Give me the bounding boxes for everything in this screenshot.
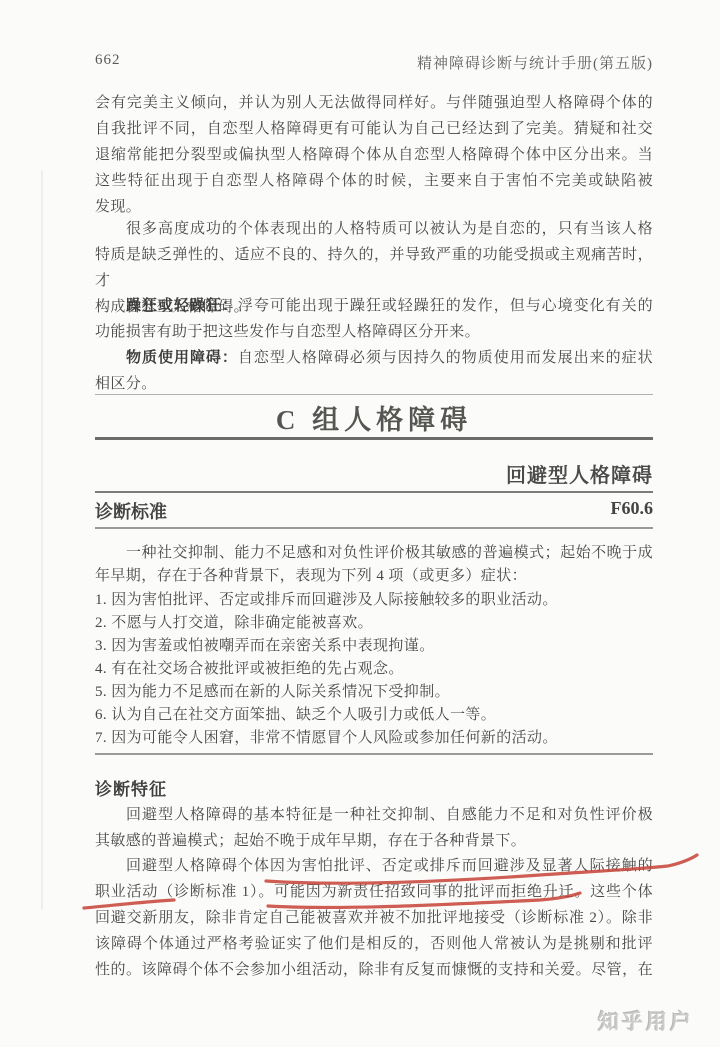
text-line: 2. 不愿与人打交道，除非确定能被喜欢。 <box>95 612 653 635</box>
substance-lead-label: 物质使用障碍： <box>126 350 238 366</box>
paragraph-perfectionism: 会有完美主义倾向，并认为别人无法做得同样好。与伴随强迫型人格障碍个体的自我批评不… <box>95 90 653 220</box>
text-line: 特质是缺乏弹性的、适应不良的、持久的，并导致严重的功能受损或主观痛苦时，才 <box>95 242 653 294</box>
rule-below-avoidant-title <box>95 491 653 493</box>
text-line: 该障碍个体通过严格考验证实了他们是相反的，否则他人常被认为是挑剔和批评 <box>95 931 653 957</box>
text-line: 会有完美主义倾向，并认为别人无法做得同样好。与伴随强迫型人格障碍个体的 <box>95 90 653 116</box>
scan-edge-artifact <box>41 170 43 910</box>
criteria-items-list: 1. 因为害怕批评、否定或排斥而回避涉及人际接触较多的职业活动。2. 不愿与人打… <box>95 589 653 750</box>
rule-end-of-criteria <box>95 753 653 755</box>
rule-below-cluster-heading <box>95 437 653 440</box>
diagnostic-features-heading: 诊断特征 <box>95 775 653 800</box>
page-header: 662 精神障碍诊断与统计手册(第五版) <box>95 52 653 73</box>
paragraph-mania-line1: 躁狂或轻躁狂：浮夸可能出现于躁狂或轻躁狂的发作，但与心境变化有关的 <box>95 293 653 319</box>
text-line: 退缩常能把分裂型或偏执型人格障碍个体从自恋型人格障碍个体中区分出来。当 <box>95 142 653 168</box>
text-line: 回避型人格障碍个体因为害怕批评、否定或排斥而回避涉及显著人际接触的 <box>95 853 653 879</box>
zhihu-user-watermark: 知乎用户 <box>598 1006 694 1036</box>
text-line: 自我批评不同，自恋型人格障碍更有可能认为自己已经达到了完美。猜疑和社交 <box>95 116 653 142</box>
text-line: 回避型人格障碍的基本特征是一种社交抑制、自感能力不足和对负性评价极 <box>95 802 653 828</box>
cluster-c-heading: C 组人格障碍 <box>95 398 653 437</box>
diagnostic-features-para1: 回避型人格障碍的基本特征是一种社交抑制、自感能力不足和对负性评价极其敏感的普遍模… <box>95 802 653 854</box>
text-line: 4. 有在社交场合被批评或被拒绝的先占观念。 <box>95 658 653 681</box>
scanned-book-page: 662 精神障碍诊断与统计手册(第五版) 会有完美主义倾向，并认为别人无法做得同… <box>0 0 720 1047</box>
text-line: 性的。该障碍个体不会参加小组活动，除非有反复而慷慨的支持和关爱。尽管，在 <box>95 957 653 983</box>
book-title: 精神障碍诊断与统计手册(第五版) <box>417 52 653 73</box>
text-line: 一种社交抑制、能力不足感和对负性评价极其敏感的普遍模式；起始不晚于成 <box>95 542 653 565</box>
criteria-header-row: 诊断标准 F60.6 <box>95 498 653 524</box>
text-line: 很多高度成功的个体表现出的人格特质可以被认为是自恋的，只有当该人格 <box>95 216 653 242</box>
text-line: 年早期，存在于各种背景下，表现为下列 4 项（或更多）症状： <box>95 565 653 588</box>
mania-lead-label: 躁狂或轻躁狂： <box>126 298 238 314</box>
paragraph-substance-use: 物质使用障碍：自恋型人格障碍必须与因持久的物质使用而发展出来的症状 相区分。 <box>95 345 653 397</box>
text-line: 3. 因为害羞或怕被嘲弄而在亲密关系中表现拘谨。 <box>95 635 653 658</box>
icd-code: F60.6 <box>611 498 654 524</box>
criteria-label: 诊断标准 <box>95 498 167 524</box>
rule-below-criteria-header <box>95 527 653 529</box>
rule-above-cluster-heading <box>95 394 653 395</box>
mania-line1-text: 浮夸可能出现于躁狂或轻躁狂的发作，但与心境变化有关的 <box>238 298 653 314</box>
page-number: 662 <box>95 52 121 73</box>
text-line: 这些特征出现于自恋型人格障碍个体的时候，主要来自于害怕不完美或缺陷被 <box>95 168 653 194</box>
text-line: 7. 因为可能令人困窘，非常不情愿冒个人风险或参加任何新的活动。 <box>95 727 653 750</box>
avoidant-pd-title: 回避型人格障碍 <box>95 459 653 488</box>
diagnostic-features-para2: 回避型人格障碍个体因为害怕批评、否定或排斥而回避涉及显著人际接触的职业活动（诊断… <box>95 853 653 983</box>
text-line: 6. 认为自己在社交方面笨拙、缺乏个人吸引力或低人一等。 <box>95 704 653 727</box>
criteria-intro: 一种社交抑制、能力不足感和对负性评价极其敏感的普遍模式；起始不晚于成年早期，存在… <box>95 542 653 588</box>
paragraph-mania-line2: 功能损害有助于把这些发作与自恋型人格障碍区分开来。 <box>95 319 653 345</box>
paragraph-substance-line1: 物质使用障碍：自恋型人格障碍必须与因持久的物质使用而发展出来的症状 <box>95 345 653 371</box>
paragraph-mania: 躁狂或轻躁狂：浮夸可能出现于躁狂或轻躁狂的发作，但与心境变化有关的 功能损害有助… <box>95 293 653 345</box>
text-line: 其敏感的普遍模式；起始不晚于成年早期，存在于各种背景下。 <box>95 828 653 854</box>
text-line: 职业活动（诊断标准 1）。可能因为新责任招致同事的批评而拒绝升迁。这些个体 <box>95 879 653 905</box>
substance-line1-text: 自恋型人格障碍必须与因持久的物质使用而发展出来的症状 <box>238 350 653 366</box>
text-line: 1. 因为害怕批评、否定或排斥而回避涉及人际接触较多的职业活动。 <box>95 589 653 612</box>
text-line: 5. 因为能力不足感而在新的人际关系情况下受抑制。 <box>95 681 653 704</box>
text-line: 回避交新朋友，除非肯定自己能被喜欢并被不加批评地接受（诊断标准 2）。除非 <box>95 905 653 931</box>
